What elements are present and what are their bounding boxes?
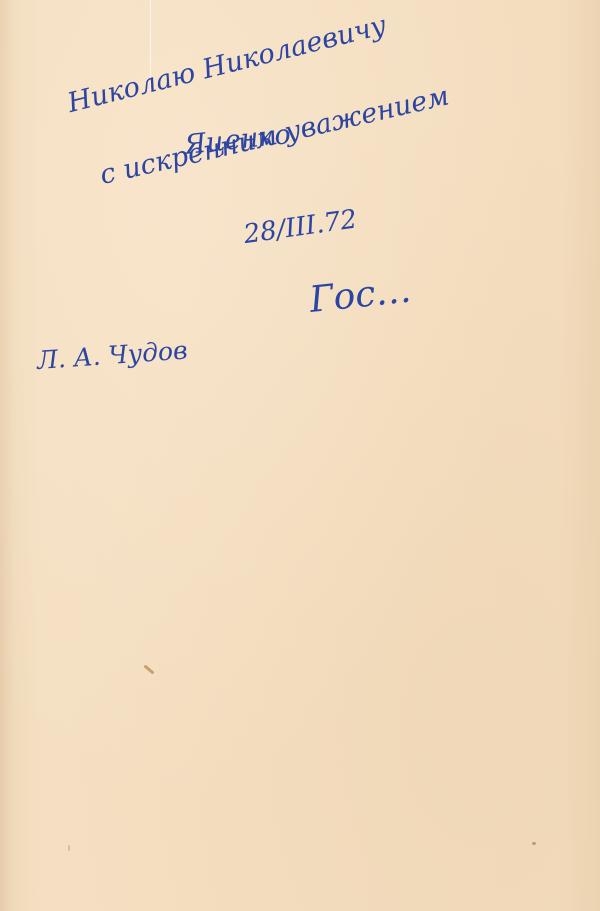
inscription-date: 28/III.72 bbox=[242, 204, 359, 250]
owner-name-note: Л. А. Чудов bbox=[36, 336, 189, 375]
paper-speck bbox=[143, 664, 154, 674]
inscription-line-addressee-name: Николаю Николаевичу bbox=[65, 10, 390, 119]
paper-speck bbox=[68, 845, 70, 851]
author-signature: Гос… bbox=[308, 270, 413, 321]
scanned-page: Николаю Николаевичу Яценко с искренним у… bbox=[0, 0, 600, 911]
paper-speck bbox=[532, 842, 536, 845]
